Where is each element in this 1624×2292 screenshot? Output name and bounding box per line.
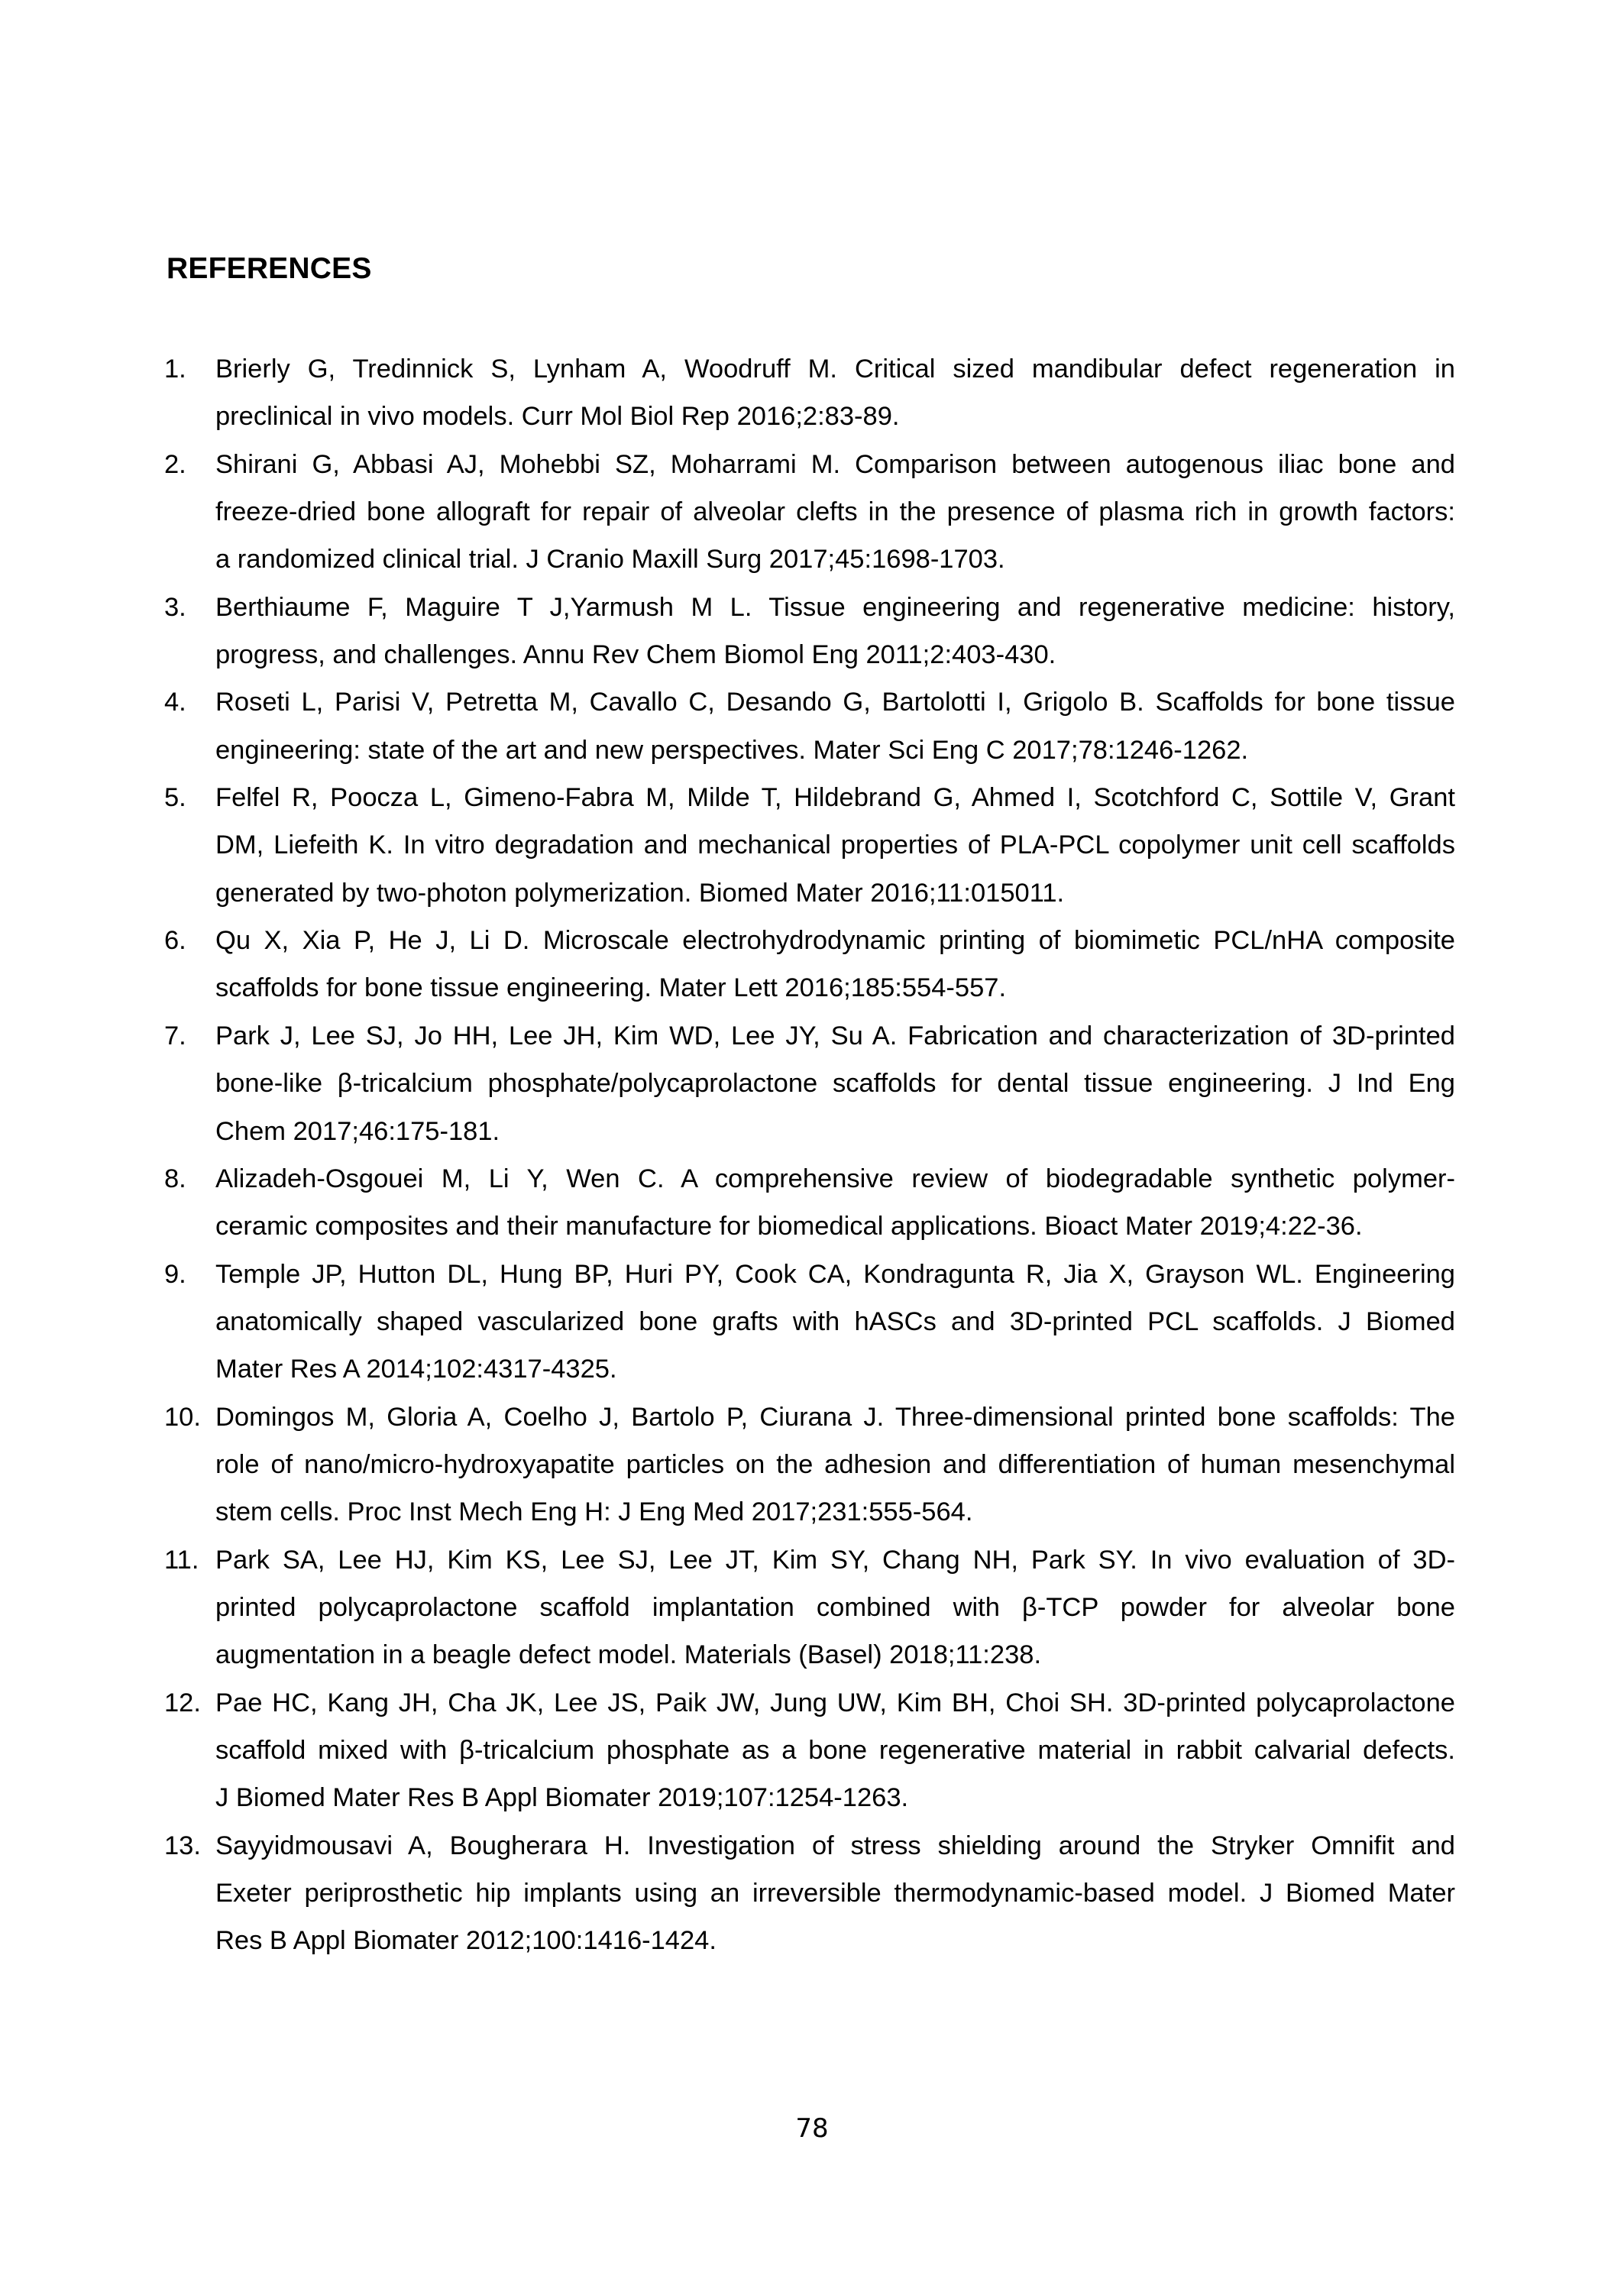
reference-item: 8.Alizadeh-Osgouei M, Li Y, Wen C. A com… — [164, 1155, 1455, 1251]
reference-text-line: Roseti L, Parisi V, Petretta M, Cavallo … — [215, 678, 1455, 726]
reference-text-line: scaffold mixed with β-tricalcium phospha… — [215, 1727, 1455, 1774]
reference-text-line: Domingos M, Gloria A, Coelho J, Bartolo … — [215, 1394, 1455, 1441]
references-heading: REFERENCES — [167, 251, 372, 286]
reference-number: 4. — [164, 678, 186, 726]
reference-text-line: scaffolds for bone tissue engineering. M… — [215, 964, 1455, 1012]
reference-text-line: Res B Appl Biomater 2012;100:1416-1424. — [215, 1917, 1455, 1964]
reference-number: 10. — [164, 1394, 201, 1441]
reference-text-line: freeze-dried bone allograft for repair o… — [215, 488, 1455, 536]
reference-item: 11.Park SA, Lee HJ, Kim KS, Lee SJ, Lee … — [164, 1536, 1455, 1679]
reference-number: 1. — [164, 345, 186, 393]
reference-number: 2. — [164, 441, 186, 488]
reference-text-line: Shirani G, Abbasi AJ, Mohebbi SZ, Moharr… — [215, 441, 1455, 488]
reference-number: 11. — [164, 1536, 199, 1584]
reference-item: 10.Domingos M, Gloria A, Coelho J, Barto… — [164, 1394, 1455, 1536]
reference-number: 6. — [164, 917, 186, 964]
reference-item: 5.Felfel R, Poocza L, Gimeno-Fabra M, Mi… — [164, 774, 1455, 917]
reference-number: 12. — [164, 1679, 201, 1727]
reference-number: 3. — [164, 584, 186, 631]
reference-text-line: stem cells. Proc Inst Mech Eng H: J Eng … — [215, 1488, 1455, 1536]
reference-list: 1.Brierly G, Tredinnick S, Lynham A, Woo… — [164, 345, 1455, 1965]
reference-text-line: engineering: state of the art and new pe… — [215, 727, 1455, 774]
reference-text-line: augmentation in a beagle defect model. M… — [215, 1631, 1455, 1679]
reference-item: 2.Shirani G, Abbasi AJ, Mohebbi SZ, Moha… — [164, 441, 1455, 584]
reference-item: 6.Qu X, Xia P, He J, Li D. Microscale el… — [164, 917, 1455, 1012]
reference-text-line: role of nano/micro-hydroxyapatite partic… — [215, 1441, 1455, 1488]
reference-text-line: Brierly G, Tredinnick S, Lynham A, Woodr… — [215, 345, 1455, 393]
reference-text-line: J Biomed Mater Res B Appl Biomater 2019;… — [215, 1774, 1455, 1821]
reference-text-line: progress, and challenges. Annu Rev Chem … — [215, 631, 1455, 678]
reference-text-line: printed polycaprolactone scaffold implan… — [215, 1584, 1455, 1631]
reference-item: 7.Park J, Lee SJ, Jo HH, Lee JH, Kim WD,… — [164, 1012, 1455, 1155]
reference-text-line: preclinical in vivo models. Curr Mol Bio… — [215, 393, 1455, 440]
reference-text-line: a randomized clinical trial. J Cranio Ma… — [215, 536, 1455, 583]
reference-text-line: Qu X, Xia P, He J, Li D. Microscale elec… — [215, 917, 1455, 964]
reference-text-line: Pae HC, Kang JH, Cha JK, Lee JS, Paik JW… — [215, 1679, 1455, 1727]
reference-number: 8. — [164, 1155, 186, 1203]
reference-item: 4.Roseti L, Parisi V, Petretta M, Cavall… — [164, 678, 1455, 774]
reference-text-line: anatomically shaped vascularized bone gr… — [215, 1298, 1455, 1345]
reference-text-line: Alizadeh-Osgouei M, Li Y, Wen C. A compr… — [215, 1155, 1455, 1203]
reference-number: 7. — [164, 1012, 186, 1060]
reference-item: 1.Brierly G, Tredinnick S, Lynham A, Woo… — [164, 345, 1455, 441]
reference-text-line: Park J, Lee SJ, Jo HH, Lee JH, Kim WD, L… — [215, 1012, 1455, 1060]
reference-text-line: DM, Liefeith K. In vitro degradation and… — [215, 821, 1455, 869]
reference-text-line: Felfel R, Poocza L, Gimeno-Fabra M, Mild… — [215, 774, 1455, 821]
reference-number: 5. — [164, 774, 186, 821]
reference-item: 3.Berthiaume F, Maguire T J,Yarmush M L.… — [164, 584, 1455, 679]
page-number: 78 — [0, 2113, 1624, 2144]
reference-text-line: Mater Res A 2014;102:4317-4325. — [215, 1345, 1455, 1393]
reference-number: 13. — [164, 1822, 201, 1870]
reference-text-line: Temple JP, Hutton DL, Hung BP, Huri PY, … — [215, 1251, 1455, 1298]
reference-item: 13.Sayyidmousavi A, Bougherara H. Invest… — [164, 1822, 1455, 1965]
reference-text-line: Berthiaume F, Maguire T J,Yarmush M L. T… — [215, 584, 1455, 631]
reference-number: 9. — [164, 1251, 186, 1298]
reference-text-line: Sayyidmousavi A, Bougherara H. Investiga… — [215, 1822, 1455, 1870]
reference-text-line: Park SA, Lee HJ, Kim KS, Lee SJ, Lee JT,… — [215, 1536, 1455, 1584]
reference-item: 12.Pae HC, Kang JH, Cha JK, Lee JS, Paik… — [164, 1679, 1455, 1822]
document-page: REFERENCES 1.Brierly G, Tredinnick S, Ly… — [0, 0, 1624, 2292]
reference-text-line: generated by two-photon polymerization. … — [215, 869, 1455, 917]
reference-item: 9.Temple JP, Hutton DL, Hung BP, Huri PY… — [164, 1251, 1455, 1394]
reference-text-line: bone-like β-tricalcium phosphate/polycap… — [215, 1060, 1455, 1107]
reference-text-line: Exeter periprosthetic hip implants using… — [215, 1870, 1455, 1917]
reference-text-line: ceramic composites and their manufacture… — [215, 1203, 1455, 1250]
reference-text-line: Chem 2017;46:175-181. — [215, 1108, 1455, 1155]
